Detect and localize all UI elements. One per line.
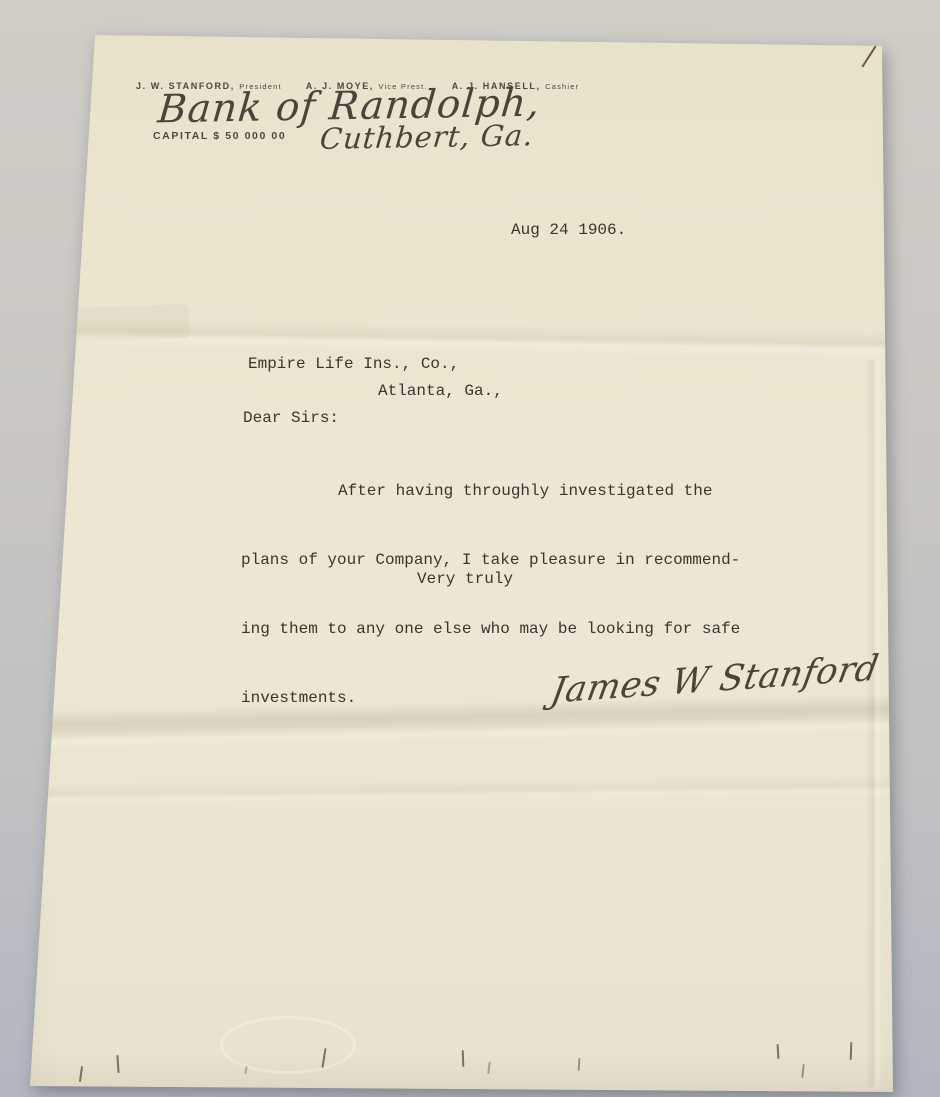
recipient-name: Empire Life Ins., Co., — [248, 355, 459, 373]
paper-stain — [220, 1016, 356, 1074]
capital-line: CAPITAL $ 50 000 00 — [153, 130, 286, 142]
officer-title: Cashier — [545, 82, 579, 91]
closing-line: Very truly — [417, 570, 513, 588]
recipient-city: Atlanta, Ga., — [378, 382, 503, 400]
city-line-script: Cuthbert, Ga. — [319, 118, 536, 156]
letter-body: After having throughly investigated the … — [241, 446, 740, 758]
photo-background: J. W. STANFORD, President A. J. MOYE, Vi… — [0, 0, 940, 1097]
paper-shadow: J. W. STANFORD, President A. J. MOYE, Vi… — [0, 0, 940, 1097]
date-line: Aug 24 1906. — [511, 221, 626, 239]
body-line: ing them to any one else who may be look… — [241, 620, 740, 653]
body-line: After having throughly investigated the — [241, 482, 740, 515]
letter-paper: J. W. STANFORD, President A. J. MOYE, Vi… — [0, 0, 940, 1097]
paper-smudge — [69, 304, 190, 342]
salutation: Dear Sirs: — [243, 409, 339, 427]
